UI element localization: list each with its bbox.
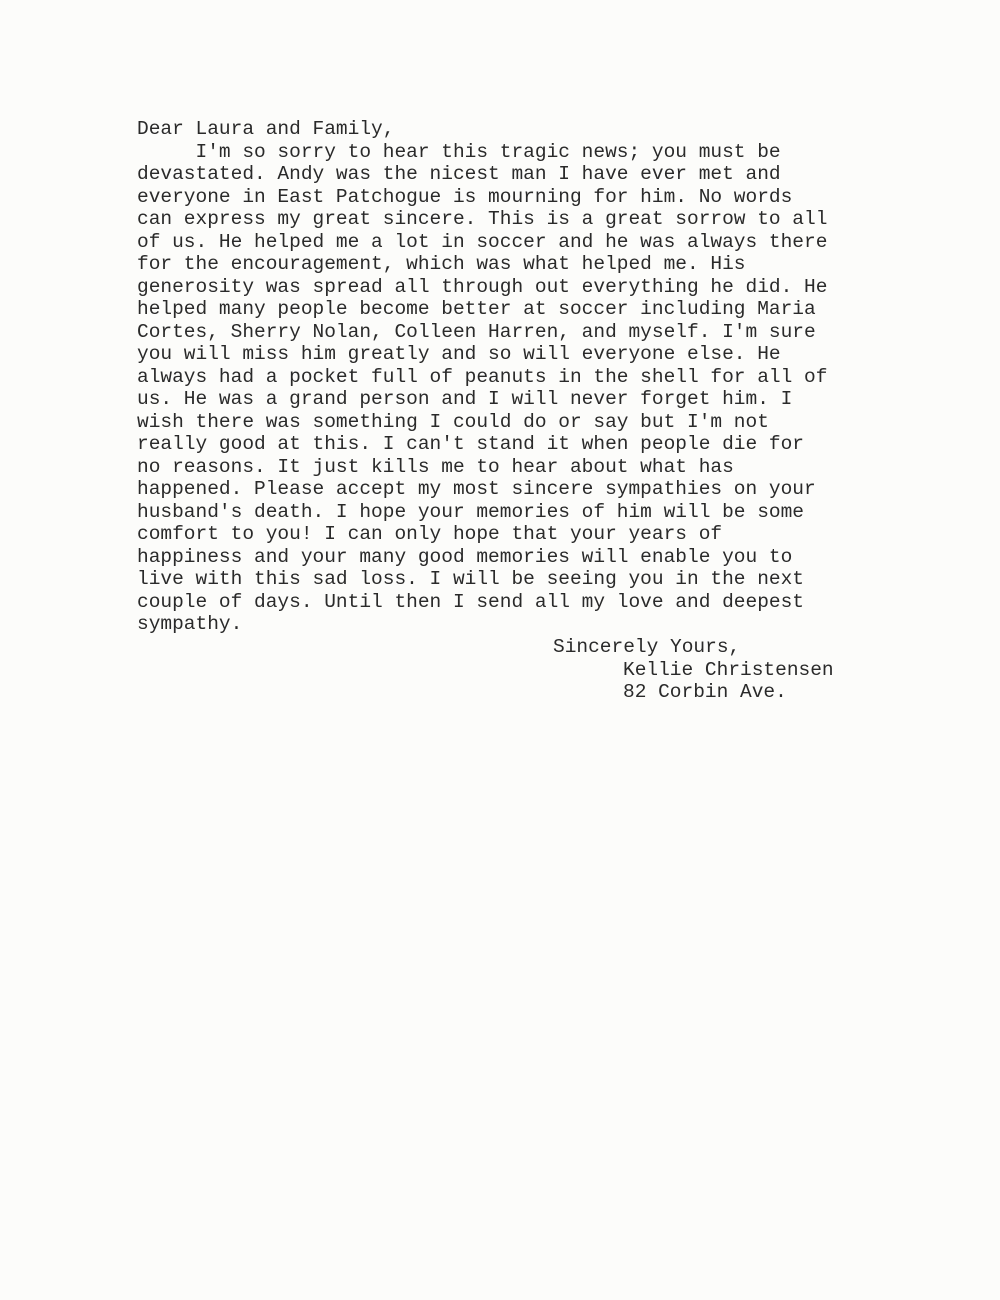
letter-body: Dear Laura and Family, I'm so sorry to h… [137, 118, 827, 636]
body-line: really good at this. I can't stand it wh… [137, 433, 827, 456]
body-line: generosity was spread all through out ev… [137, 276, 827, 299]
body-line: no reasons. It just kills me to hear abo… [137, 456, 827, 479]
body-line: devastated. Andy was the nicest man I ha… [137, 163, 827, 186]
body-line: I'm so sorry to hear this tragic news; y… [137, 141, 827, 164]
body-line: can express my great sincere. This is a … [137, 208, 827, 231]
body-line: couple of days. Until then I send all my… [137, 591, 827, 614]
letter-page: Dear Laura and Family, I'm so sorry to h… [0, 0, 1000, 1300]
body-line: for the encouragement, which was what he… [137, 253, 827, 276]
body-line: always had a pocket full of peanuts in t… [137, 366, 827, 389]
body-line: happiness and your many good memories wi… [137, 546, 827, 569]
signer-address: 82 Corbin Ave. [553, 681, 834, 704]
body-line: happened. Please accept my most sincere … [137, 478, 827, 501]
body-line: sympathy. [137, 613, 827, 636]
body-line: wish there was something I could do or s… [137, 411, 827, 434]
signer-name: Kellie Christensen [553, 659, 834, 682]
body-line: husband's death. I hope your memories of… [137, 501, 827, 524]
signature-block: Sincerely Yours, Kellie Christensen 82 C… [553, 636, 834, 704]
body-line: Cortes, Sherry Nolan, Colleen Harren, an… [137, 321, 827, 344]
body-line: live with this sad loss. I will be seein… [137, 568, 827, 591]
body-line: of us. He helped me a lot in soccer and … [137, 231, 827, 254]
closing: Sincerely Yours, [553, 636, 834, 659]
body-line: helped many people become better at socc… [137, 298, 827, 321]
body-line: everyone in East Patchogue is mourning f… [137, 186, 827, 209]
body-line: you will miss him greatly and so will ev… [137, 343, 827, 366]
body-line: comfort to you! I can only hope that you… [137, 523, 827, 546]
salutation: Dear Laura and Family, [137, 118, 827, 141]
body-line: us. He was a grand person and I will nev… [137, 388, 827, 411]
